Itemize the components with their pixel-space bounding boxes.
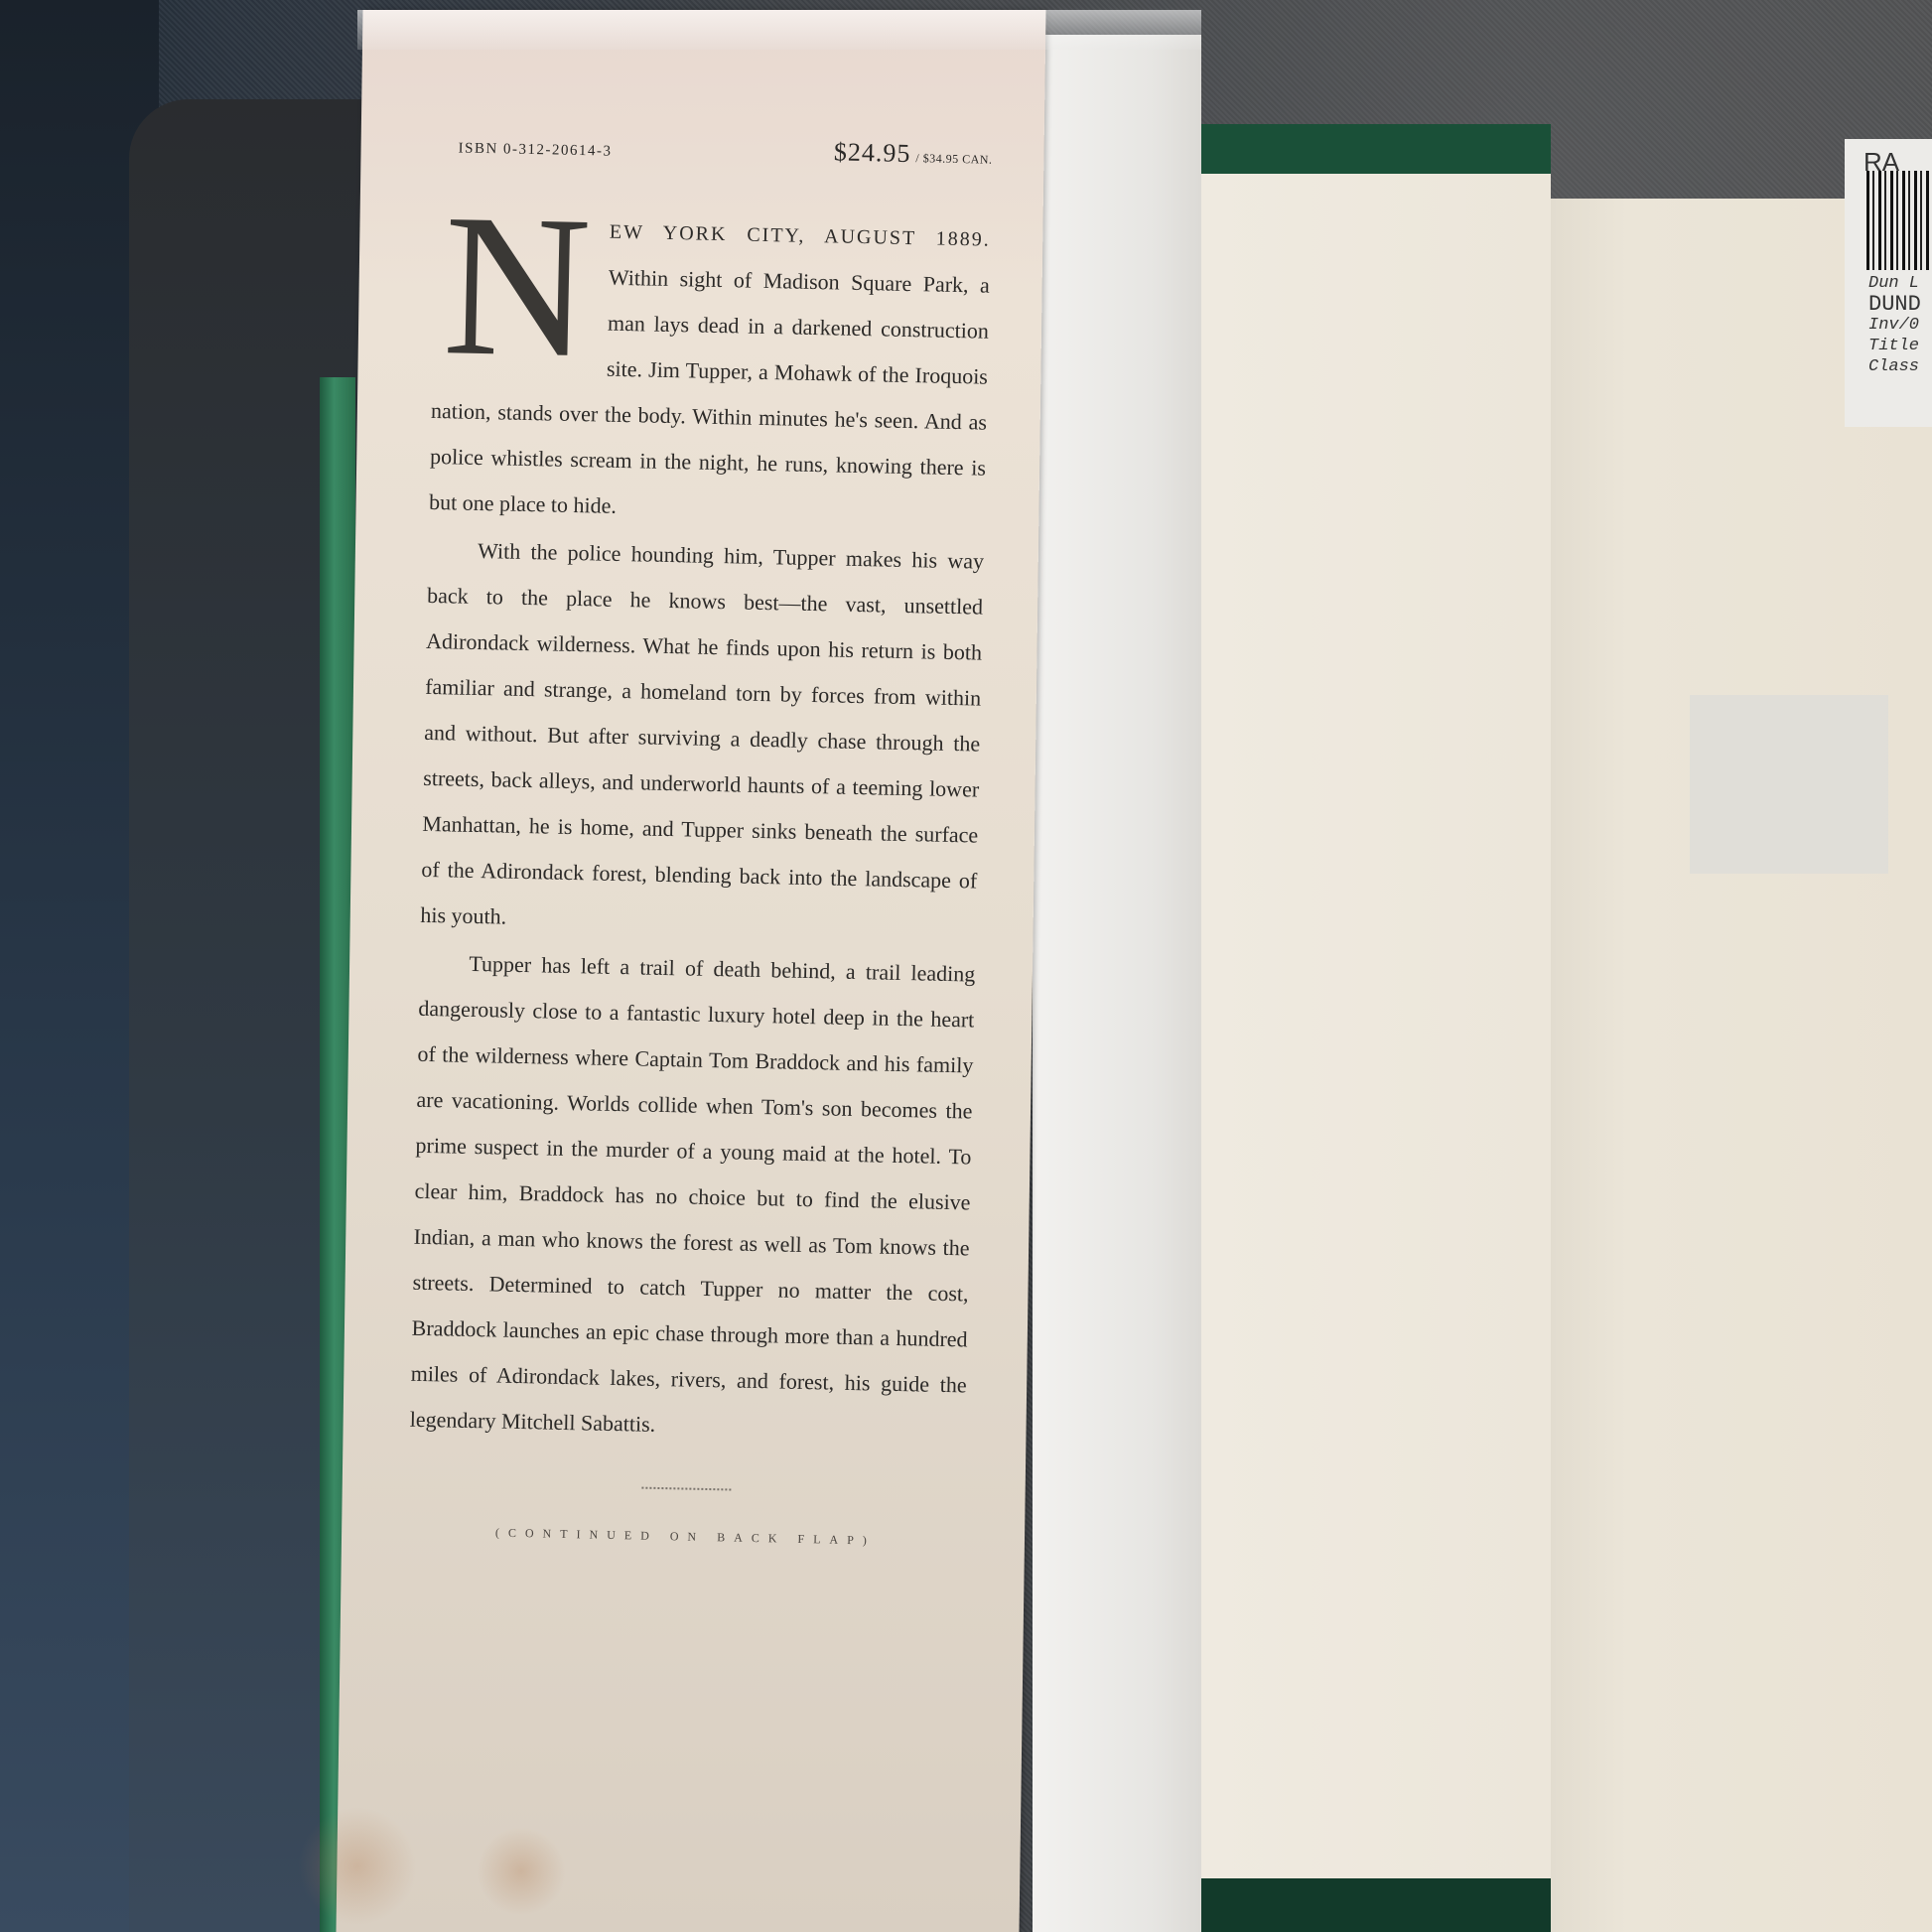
paragraph-2: With the police hounding him, Tupper mak… bbox=[420, 527, 985, 950]
flap-text: ISBN 0-312-20614-3 $24.95 / $34.95 CAN. … bbox=[407, 129, 993, 1550]
sticker-residue bbox=[1690, 695, 1888, 874]
opening-smallcaps: EW YORK CITY, AUGUST 1889. bbox=[610, 221, 991, 251]
ornament-divider bbox=[641, 1487, 731, 1491]
stain bbox=[298, 1807, 417, 1926]
price-group: $24.95 / $34.95 CAN. bbox=[834, 137, 993, 170]
price-can: / $34.95 CAN. bbox=[915, 151, 992, 167]
mylar-cover-edge bbox=[1033, 35, 1201, 1932]
label-line: Class bbox=[1868, 356, 1921, 377]
flap-body: N EW YORK CITY, AUGUST 1889. Within sigh… bbox=[409, 205, 991, 1453]
label-line: Title bbox=[1868, 336, 1921, 356]
label-line: Inv/0 bbox=[1868, 315, 1921, 336]
label-line: DUND bbox=[1868, 294, 1921, 315]
endpaper-right bbox=[1551, 199, 1932, 1932]
barcode-icon bbox=[1866, 171, 1932, 270]
drop-cap: N bbox=[442, 210, 592, 372]
library-label-lines: Dun L DUND Inv/0 Title Class bbox=[1868, 273, 1921, 377]
mylar-top-edge bbox=[357, 10, 1201, 50]
price-us: $24.95 bbox=[834, 137, 911, 168]
stain bbox=[477, 1827, 566, 1916]
label-line: Dun L bbox=[1868, 273, 1921, 294]
endpaper-left bbox=[1201, 174, 1551, 1906]
paragraph-1: N EW YORK CITY, AUGUST 1889. Within sigh… bbox=[429, 205, 992, 537]
isbn: ISBN 0-312-20614-3 bbox=[458, 140, 612, 160]
paragraph-3: Tupper has left a trail of death behind,… bbox=[409, 940, 975, 1454]
book-board-bottom bbox=[1181, 1878, 1551, 1932]
